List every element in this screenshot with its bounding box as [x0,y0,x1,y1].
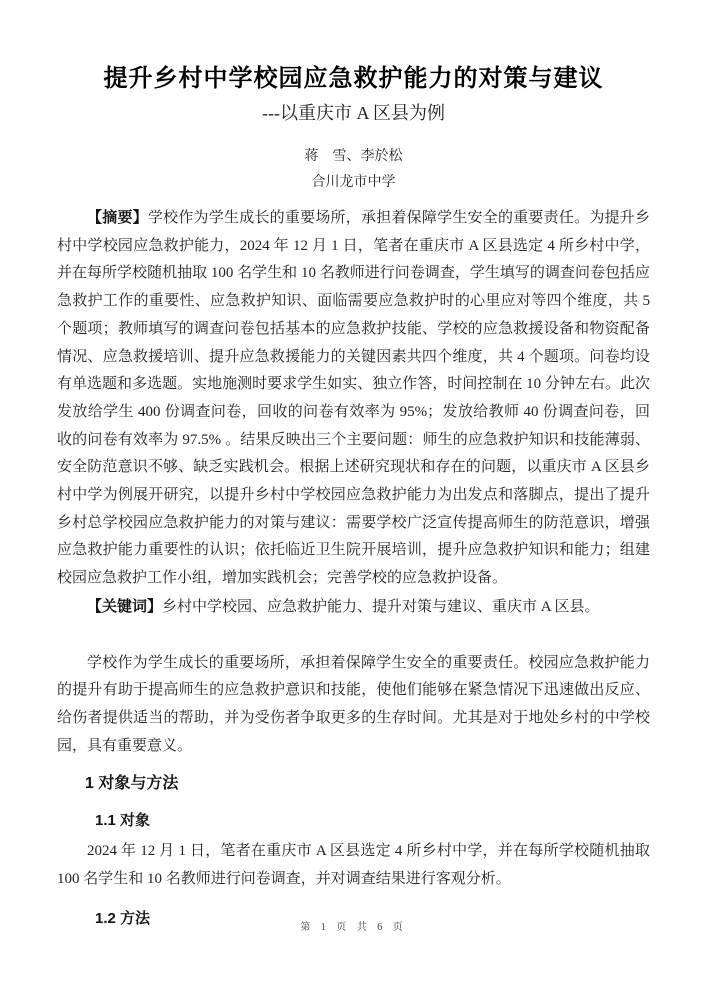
page-content: 提升乡村中学校园应急救护能力的对策与建议 ---以重庆市 A 区县为例 蒋 雪、… [0,0,707,930]
paper-title: 提升乡村中学校园应急救护能力的对策与建议 [57,0,650,96]
paper-subtitle: ---以重庆市 A 区县为例 [57,98,650,128]
abstract-text: 学校作为学生成长的重要场所，承担着保障学生安全的重要责任。为提升乡村中学校园应急… [57,210,650,586]
section-1-1-heading: 1.1 对象 [57,810,650,832]
section-1-1-paragraph: 2024 年 12 月 1 日，笔者在重庆市 A 区县选定 4 所乡村中学，并在… [57,838,650,893]
keywords-paragraph: 【关键词】乡村中学校园、应急救护能力、提升对策与建议、重庆市 A 区县。 [57,593,650,622]
affiliation: 合川龙市中学 [57,170,650,196]
abstract-label: 【摘要】 [87,209,148,226]
authors: 蒋 雪、李於松 [57,144,650,170]
abstract-paragraph: 【摘要】学校作为学生成长的重要场所，承担着保障学生安全的重要责任。为提升乡村中学… [57,204,650,593]
page-number-footer: 第 1 页 共 6 页 [0,918,707,933]
intro-paragraph: 学校作为学生成长的重要场所，承担着保障学生安全的重要责任。校园应急救护能力的提升… [57,650,650,761]
keywords-text: 乡村中学校园、应急救护能力、提升对策与建议、重庆市 A 区县。 [162,599,600,615]
keywords-label: 【关键词】 [87,598,162,615]
section-1-heading: 1 对象与方法 [57,772,650,796]
document-page: 提升乡村中学校园应急救护能力的对策与建议 ---以重庆市 A 区县为例 蒋 雪、… [0,0,707,999]
